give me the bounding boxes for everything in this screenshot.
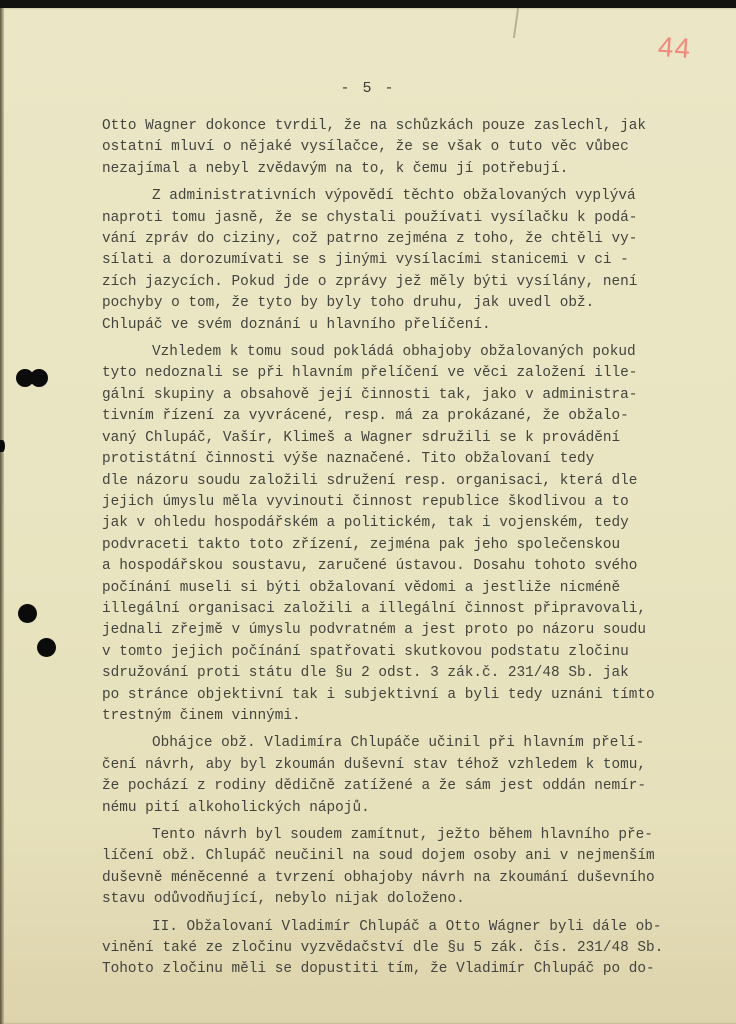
punch-hole bbox=[0, 440, 5, 452]
text-line: Z administrativních výpovědí těchto obža… bbox=[102, 186, 672, 207]
text-line: vání zpráv do ciziny, což patrno zejména… bbox=[102, 229, 672, 250]
text-line: tyto nedoznali se při hlavním přelíčení … bbox=[102, 363, 672, 384]
page-number: - 5 - bbox=[0, 80, 736, 97]
text-line: vaný Chlupáč, Vašír, Klimeš a Wagner sdr… bbox=[102, 428, 672, 449]
paper-tear bbox=[513, 8, 519, 38]
text-line: tivním řízení za vyvrácené, resp. má za … bbox=[102, 406, 672, 427]
text-line: Tohoto zločinu měli se dopustiti tím, že… bbox=[102, 959, 672, 980]
paragraph-2: Z administrativních výpovědí těchto obža… bbox=[102, 186, 672, 336]
text-line: jejich úmyslu měla vyvinouti činnost rep… bbox=[102, 492, 672, 513]
text-line: illegální organisaci založili a illegáln… bbox=[102, 599, 672, 620]
text-line: v tomto jejich počínání spatřovati skutk… bbox=[102, 642, 672, 663]
scanned-page: 44 - 5 - Otto Wagner dokonce tvrdil, že … bbox=[0, 0, 736, 1024]
text-line: II. Obžalovaní Vladimír Chlupáč a Otto W… bbox=[102, 917, 672, 938]
text-line: počínání museli si býti obžalovaní vědom… bbox=[102, 578, 672, 599]
text-line: líčení obž. Chlupáč neučinil na soud doj… bbox=[102, 846, 672, 867]
handwritten-folio-number: 44 bbox=[657, 31, 692, 65]
text-line: gální skupiny a obsahově její činnosti t… bbox=[102, 385, 672, 406]
text-line: Chlupáč ve svém doznání u hlavního přelí… bbox=[102, 315, 672, 336]
text-line: stavu odůvodňující, nebylo nijak doložen… bbox=[102, 889, 672, 910]
text-line: jednali zřejmě v úmyslu podvratném a jes… bbox=[102, 620, 672, 641]
text-line: Otto Wagner dokonce tvrdil, že na schůzk… bbox=[102, 116, 672, 137]
text-line: vinění také ze zločinu vyzvědačství dle … bbox=[102, 938, 672, 959]
text-line: protistátní činnosti výše naznačené. Tit… bbox=[102, 449, 672, 470]
text-line: naproti tomu jasně, že se chystali použí… bbox=[102, 208, 672, 229]
text-line: zích jazycích. Pokud jde o zprávy jež mě… bbox=[102, 272, 672, 293]
text-line: ostatní mluví o nějaké vysílačce, že se … bbox=[102, 137, 672, 158]
paragraph-1: Otto Wagner dokonce tvrdil, že na schůzk… bbox=[102, 116, 672, 180]
text-line: sílati a dorozumívati se s jinými vysíla… bbox=[102, 250, 672, 271]
punch-hole bbox=[30, 369, 48, 387]
text-line: Obhájce obž. Vladimíra Chlupáče učinil p… bbox=[102, 733, 672, 754]
text-line: čení návrh, aby byl zkoumán duševní stav… bbox=[102, 755, 672, 776]
text-line: Tento návrh byl soudem zamítnut, ježto b… bbox=[102, 825, 672, 846]
text-line: podvraceti takto toto zřízení, zejména p… bbox=[102, 535, 672, 556]
text-line: trestným činem vinnými. bbox=[102, 706, 672, 727]
text-line: pochyby o tom, že tyto by byly toho druh… bbox=[102, 293, 672, 314]
text-line: sdružování proti státu dle §u 2 odst. 3 … bbox=[102, 663, 672, 684]
text-line: nezajímal a nebyl zvědavým na to, k čemu… bbox=[102, 159, 672, 180]
paragraph-6: II. Obžalovaní Vladimír Chlupáč a Otto W… bbox=[102, 917, 672, 981]
text-line: jak v ohledu hospodářském a politickém, … bbox=[102, 513, 672, 534]
document-body: Otto Wagner dokonce tvrdil, že na schůzk… bbox=[102, 116, 672, 987]
punch-hole bbox=[18, 604, 37, 623]
text-line: po stránce objektivní tak i subjektivní … bbox=[102, 685, 672, 706]
text-line: duševně méněcenné a tvrzení obhajoby náv… bbox=[102, 868, 672, 889]
text-line: Vzhledem k tomu soud pokládá obhajoby ob… bbox=[102, 342, 672, 363]
paragraph-3: Vzhledem k tomu soud pokládá obhajoby ob… bbox=[102, 342, 672, 727]
punch-hole bbox=[37, 638, 56, 657]
paragraph-5: Tento návrh byl soudem zamítnut, ježto b… bbox=[102, 825, 672, 911]
text-line: dle názoru soudu založili sdružení resp.… bbox=[102, 471, 672, 492]
text-line: a hospodářskou soustavu, zaručené ústavo… bbox=[102, 556, 672, 577]
text-line: nému pití alkoholických nápojů. bbox=[102, 798, 672, 819]
paragraph-4: Obhájce obž. Vladimíra Chlupáče učinil p… bbox=[102, 733, 672, 819]
text-line: že pochází z rodiny dědičně zatížené a ž… bbox=[102, 776, 672, 797]
paper-sheet: 44 - 5 - Otto Wagner dokonce tvrdil, že … bbox=[0, 8, 736, 1024]
